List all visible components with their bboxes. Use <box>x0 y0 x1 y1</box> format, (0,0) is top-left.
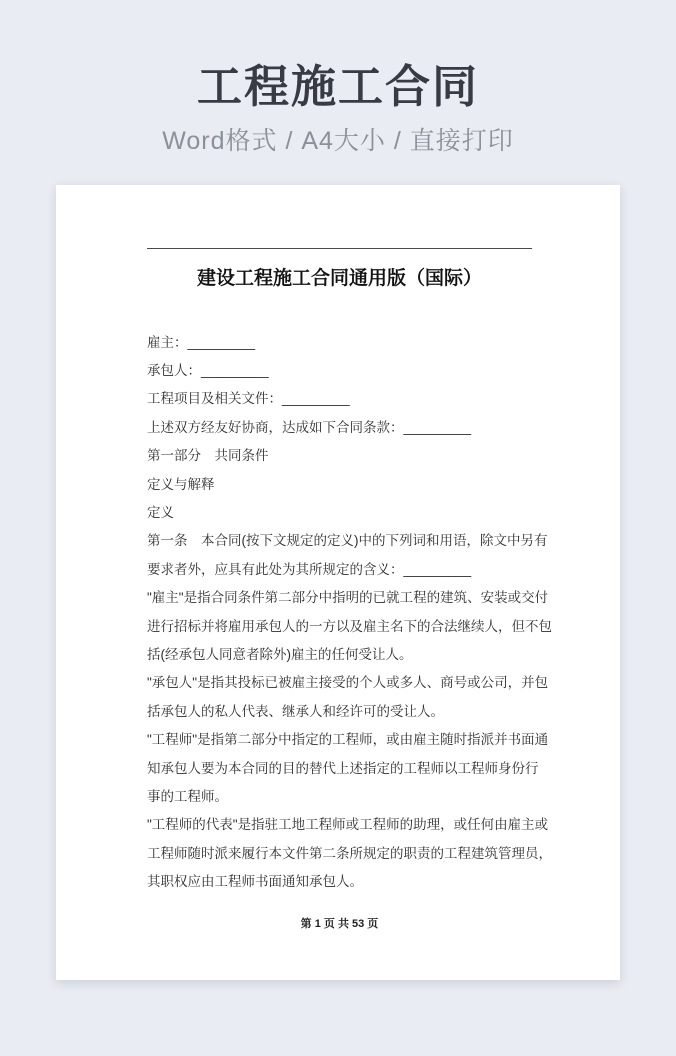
header-rule <box>147 248 532 249</box>
document-preview-page: 建设工程施工合同通用版（国际） 雇主：_________承包人：________… <box>56 185 620 980</box>
document-text-line: 事的工程师。 <box>147 783 532 811</box>
document-title: 建设工程施工合同通用版（国际） <box>147 266 532 292</box>
page-title: 工程施工合同 <box>0 62 676 112</box>
page-number-footer: 第 1 页 共 53 页 <box>147 915 532 931</box>
document-text-line: "承包人"是指其投标已被雇主接受的个人或多人、商号或公司，并包 <box>147 669 532 697</box>
page-header: 工程施工合同 Word格式 / A4大小 / 直接打印 <box>0 0 676 157</box>
document-text-line: 第一条 本合同(按下文规定的定义)中的下列词和用语，除文中另有 <box>147 527 532 555</box>
document-text-line: 工程师随时派来履行本文件第二条所规定的职责的工程建筑管理员， <box>147 840 532 868</box>
document-text-line: 进行招标并将雇用承包人的一方以及雇主名下的合法继续人，但不包 <box>147 613 532 641</box>
document-text-line: 上述双方经友好协商，达成如下合同条款：_________ <box>147 414 532 442</box>
document-text-line: "工程师的代表"是指驻工地工程师或工程师的助理，或任何由雇主或 <box>147 811 532 839</box>
document-text-line: 括(经承包人同意者除外)雇主的任何受让人。 <box>147 641 532 669</box>
document-text-line: 定义 <box>147 499 532 527</box>
document-text-line: 承包人：_________ <box>147 357 532 385</box>
document-text-line: 定义与解释 <box>147 471 532 499</box>
document-text-line: 其职权应由工程师书面通知承包人。 <box>147 868 532 896</box>
document-text-line: "工程师"是指第二部分中指定的工程师，或由雇主随时指派并书面通 <box>147 726 532 754</box>
document-text-line: 要求者外，应具有此处为其所规定的含义：_________ <box>147 556 532 584</box>
page-subtitle: Word格式 / A4大小 / 直接打印 <box>0 121 676 157</box>
document-text-line: 工程项目及相关文件：_________ <box>147 385 532 413</box>
document-text-line: 知承包人要为本合同的目的替代上述指定的工程师以工程师身份行 <box>147 755 532 783</box>
document-text-line: "雇主"是指合同条件第二部分中指明的已就工程的建筑、安装或交付 <box>147 584 532 612</box>
document-text-line: 雇主：_________ <box>147 329 532 357</box>
document-text-line: 第一部分 共同条件 <box>147 442 532 470</box>
document-body: 雇主：_________承包人：_________工程项目及相关文件：_____… <box>147 329 532 897</box>
document-text-line: 括承包人的私人代表、继承人和经许可的受让人。 <box>147 698 532 726</box>
